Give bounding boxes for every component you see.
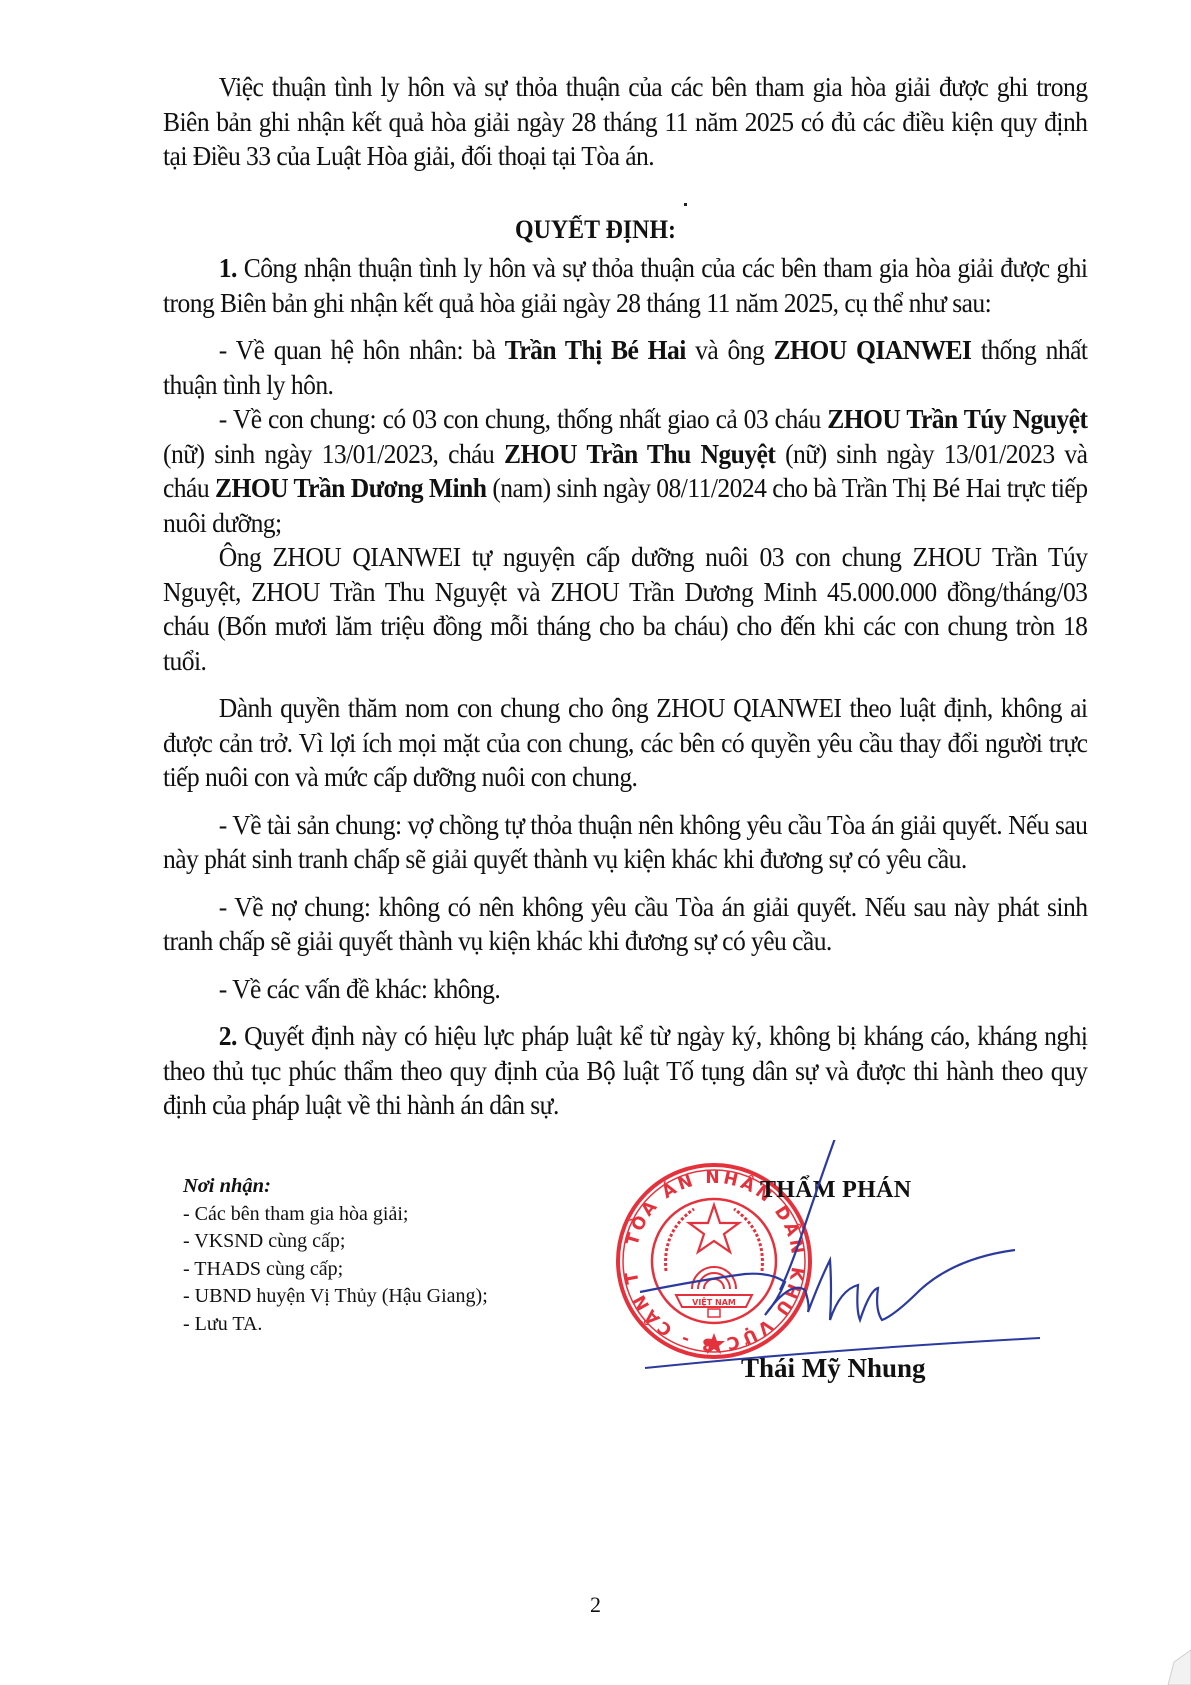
page-number: 2: [0, 1592, 1191, 1618]
handwritten-signature-icon: [620, 1140, 1080, 1380]
marriage-paragraph: - Về quan hệ hôn nhân: bà Trần Thị Bé Ha…: [163, 333, 1087, 402]
debt-paragraph: - Về nợ chung: không có nên không yêu cầ…: [163, 890, 1087, 959]
other-paragraph: - Về các vấn đề khác: không.: [163, 972, 1087, 1007]
decision-1-text: Công nhận thuận tình ly hôn và sự thỏa t…: [163, 252, 1087, 318]
decision-body: 1. Công nhận thuận tình ly hôn và sự thỏ…: [163, 251, 1087, 1123]
decision-2-text: Quyết định này có hiệu lực pháp luật kể …: [163, 1020, 1087, 1120]
child-3-name: ZHOU Trần Dương Minh: [215, 472, 486, 503]
recipients-block: Nơi nhận: - Các bên tham gia hòa giải; -…: [183, 1173, 488, 1338]
decision-2-number: 2.: [219, 1020, 237, 1051]
decision-1-paragraph: 1. Công nhận thuận tình ly hôn và sự thỏ…: [163, 251, 1087, 320]
children-paragraph: - Về con chung: có 03 con chung, thống n…: [163, 402, 1087, 540]
page-curl-icon: [1146, 1640, 1191, 1685]
property-paragraph: - Về tài sản chung: vợ chồng tự thỏa thu…: [163, 808, 1087, 877]
child-2-name: ZHOU Trần Thu Nguyệt: [504, 438, 775, 469]
decision-1-number: 1.: [219, 252, 237, 283]
husband-name: ZHOU QIANWEI: [774, 334, 972, 365]
intro-section: Việc thuận tình ly hôn và sự thỏa thuận …: [163, 70, 1087, 174]
intro-paragraph: Việc thuận tình ly hôn và sự thỏa thuận …: [163, 70, 1087, 174]
recipient-item: - Các bên tham gia hòa giải;: [183, 1201, 488, 1229]
decision-heading: QUYẾT ĐỊNH:: [48, 215, 1144, 245]
scan-speck: [684, 203, 687, 206]
recipient-item: - THADS cùng cấp;: [183, 1256, 488, 1284]
document-page: Việc thuận tình ly hôn và sự thỏa thuận …: [0, 0, 1191, 1685]
recipient-item: - Lưu TA.: [183, 1311, 488, 1339]
recipient-item: - VKSND cùng cấp;: [183, 1228, 488, 1256]
marriage-middle: và ông: [686, 334, 774, 365]
marriage-prefix: - Về quan hệ hôn nhân: bà: [219, 334, 505, 365]
visitation-paragraph: Dành quyền thăm nom con chung cho ông ZH…: [163, 691, 1087, 795]
child-1-name: ZHOU Trần Túy Nguyệt: [827, 403, 1087, 434]
child-1-info: (nữ) sinh ngày 13/01/2023, cháu: [163, 438, 504, 469]
recipients-title: Nơi nhận:: [183, 1173, 488, 1201]
recipient-item: - UBND huyện Vị Thủy (Hậu Giang);: [183, 1283, 488, 1311]
children-prefix: - Về con chung: có 03 con chung, thống n…: [219, 403, 827, 434]
decision-2-paragraph: 2. Quyết định này có hiệu lực pháp luật …: [163, 1019, 1087, 1123]
wife-name: Trần Thị Bé Hai: [505, 334, 686, 365]
support-paragraph: Ông ZHOU QIANWEI tự nguyện cấp dưỡng nuô…: [163, 540, 1087, 678]
